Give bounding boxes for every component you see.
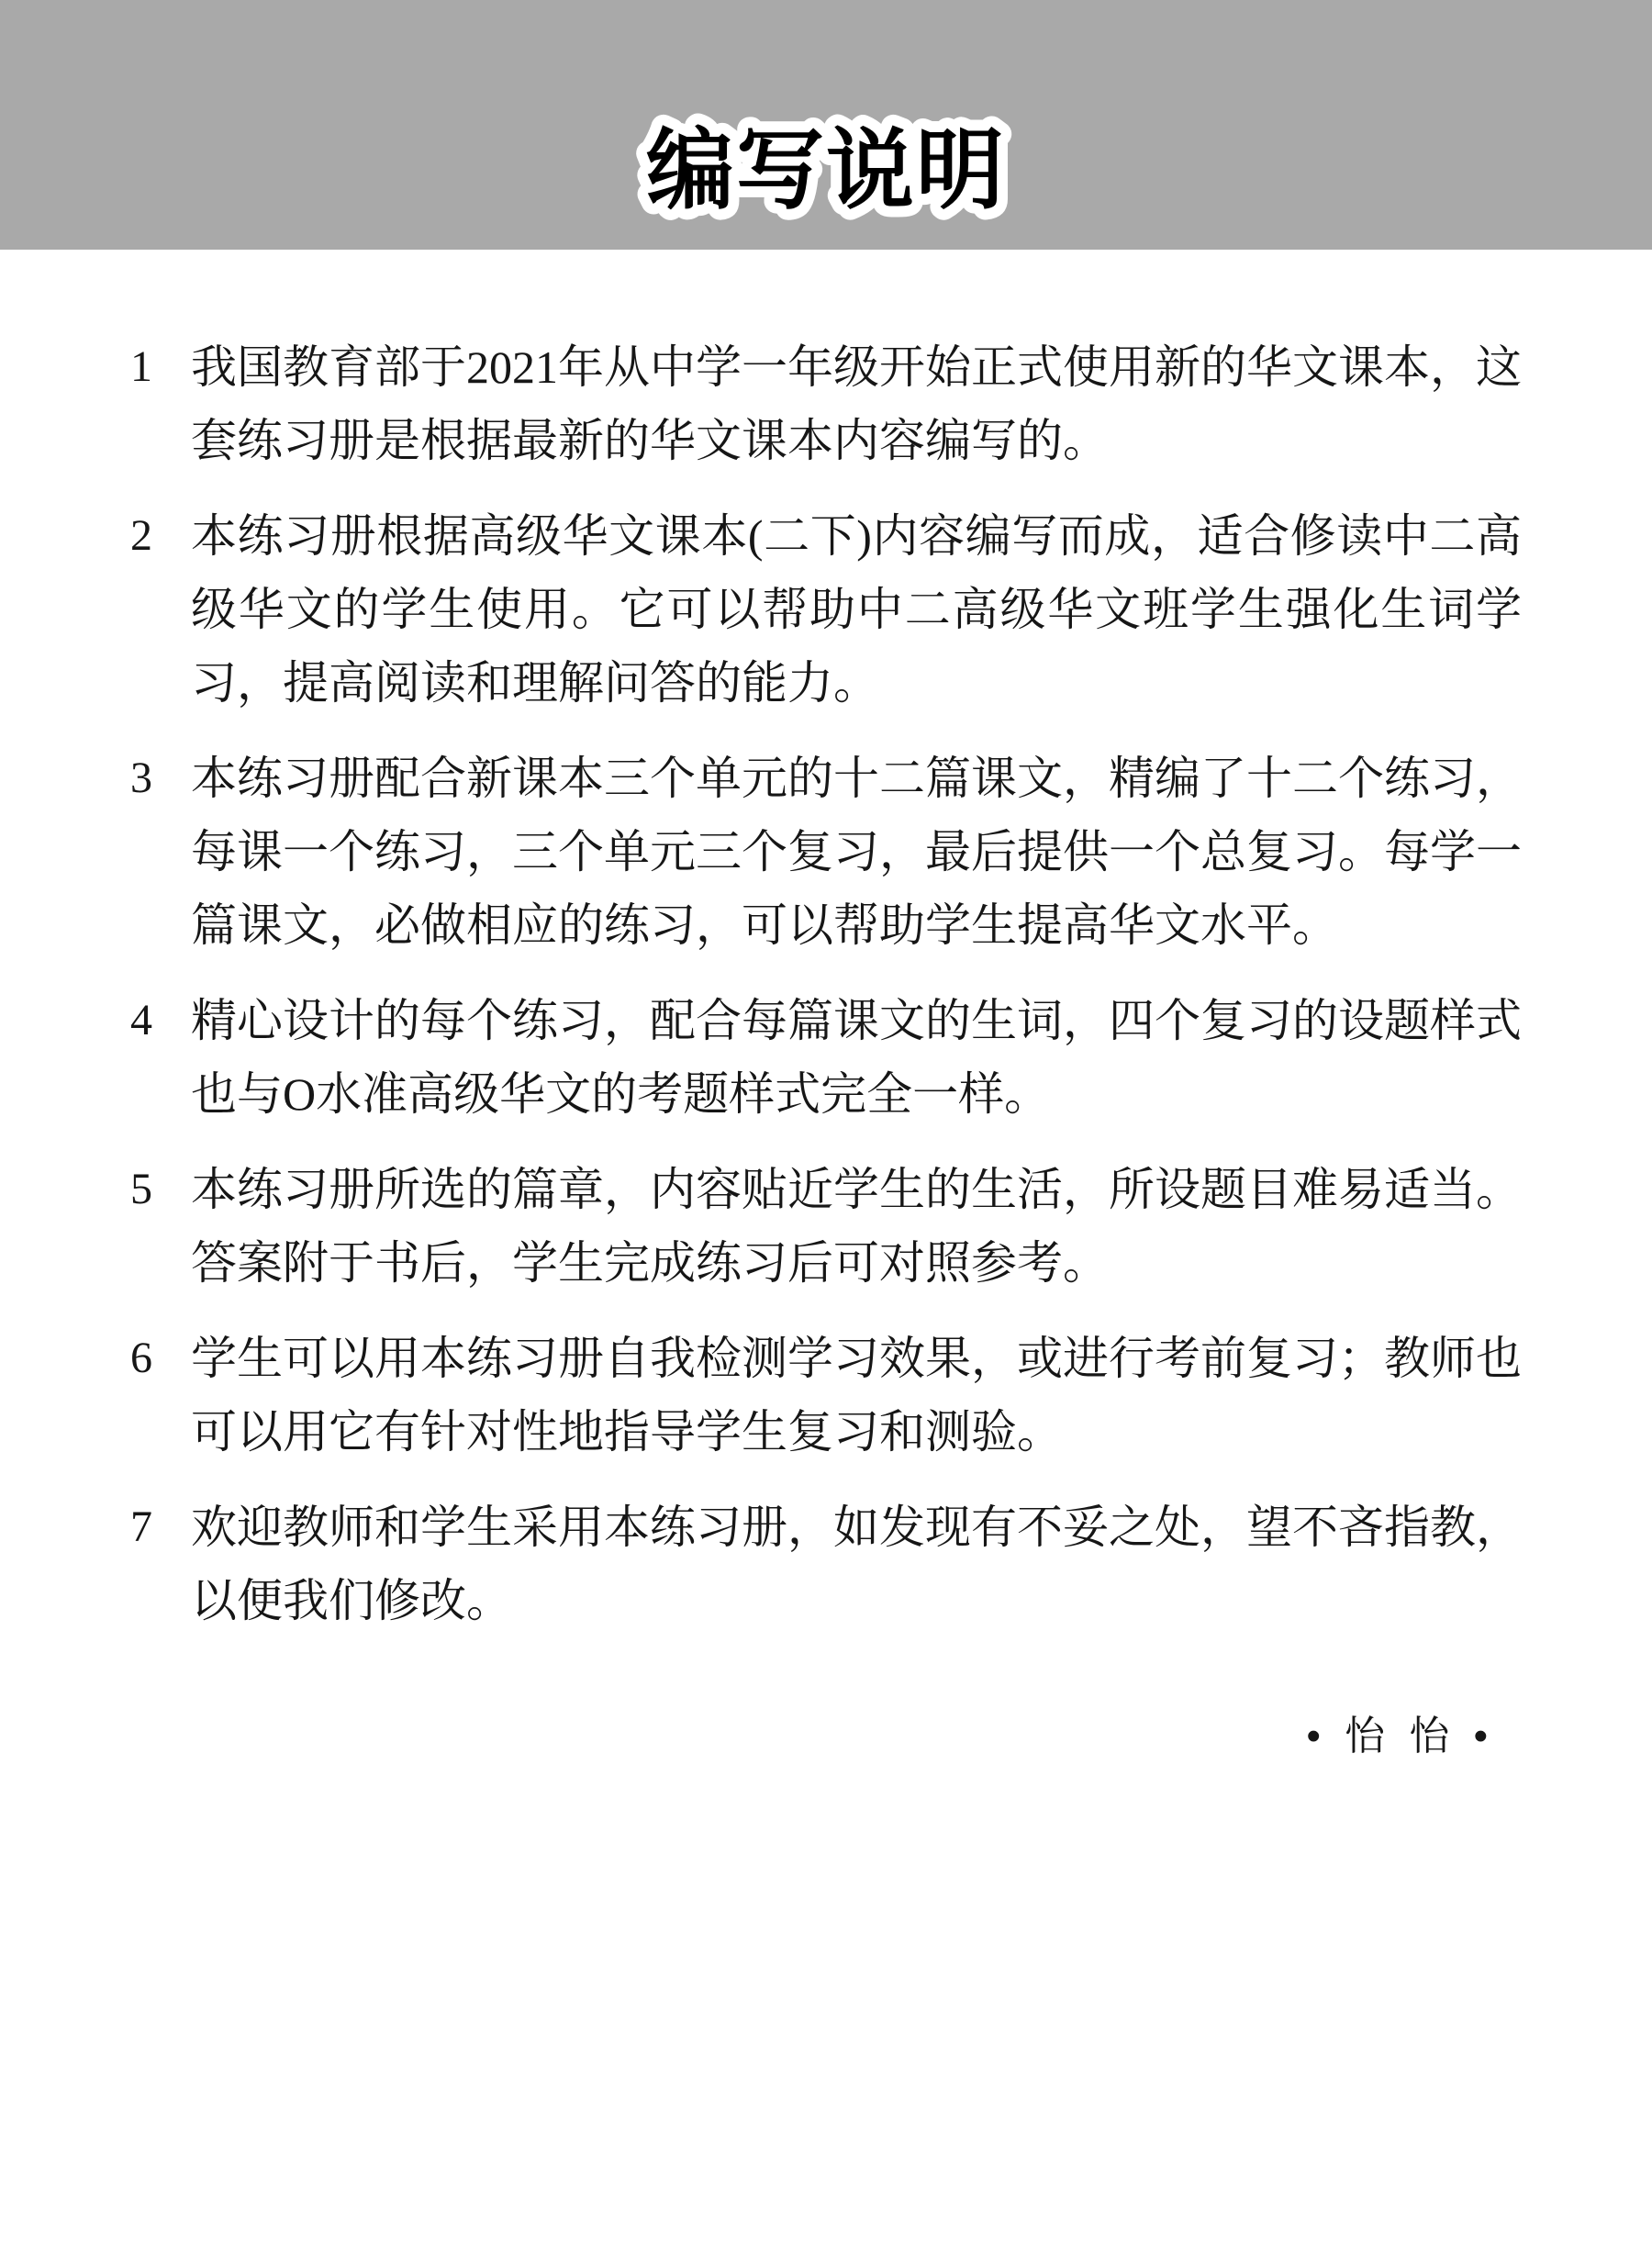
list-item: 2 本练习册根据高级华文课本(二下)内容编写而成，适合修读中二高级华文的学生使用… — [130, 499, 1522, 720]
item-number: 5 — [130, 1153, 191, 1300]
item-text: 本练习册配合新课本三个单元的十二篇课文，精编了十二个练习，每课一个练习，三个单元… — [191, 742, 1522, 962]
list-item: 6 学生可以用本练习册自我检测学习效果，或进行考前复习；教师也可以用它有针对性地… — [130, 1322, 1522, 1469]
item-number: 1 — [130, 330, 191, 477]
item-text: 本练习册所选的篇章，内容贴近学生的生活，所设题目难易适当。答案附于书后，学生完成… — [191, 1153, 1522, 1300]
item-number: 2 — [130, 499, 191, 720]
list-item: 5 本练习册所选的篇章，内容贴近学生的生活，所设题目难易适当。答案附于书后，学生… — [130, 1153, 1522, 1300]
item-number: 7 — [130, 1491, 191, 1637]
item-text: 本练习册根据高级华文课本(二下)内容编写而成，适合修读中二高级华文的学生使用。它… — [191, 499, 1522, 720]
instructions-list: 1 我国教育部于2021年从中学一年级开始正式使用新的华文课本，这套练习册是根据… — [0, 250, 1652, 1637]
item-text: 精心设计的每个练习，配合每篇课文的生词，四个复习的设题样式也与O水准高级华文的考… — [191, 984, 1522, 1131]
page-title-graphic: 编写说明 — [587, 97, 1065, 244]
item-text: 我国教育部于2021年从中学一年级开始正式使用新的华文课本，这套练习册是根据最新… — [191, 330, 1522, 477]
item-number: 3 — [130, 742, 191, 962]
author-signature: • 怡 怡 • — [0, 1711, 1652, 1762]
item-text: 欢迎教师和学生采用本练习册，如发现有不妥之处，望不吝指教，以便我们修改。 — [191, 1491, 1522, 1637]
list-item: 4 精心设计的每个练习，配合每篇课文的生词，四个复习的设题样式也与O水准高级华文… — [130, 984, 1522, 1131]
scanned-book-page: { "header": { "title": "编写说明" }, "colors… — [0, 0, 1652, 2256]
page-title: 编写说明 — [646, 122, 1006, 220]
title-banner: 编写说明 — [0, 0, 1652, 250]
list-item: 7 欢迎教师和学生采用本练习册，如发现有不妥之处，望不吝指教，以便我们修改。 — [130, 1491, 1522, 1637]
list-item: 1 我国教育部于2021年从中学一年级开始正式使用新的华文课本，这套练习册是根据… — [130, 330, 1522, 477]
item-text: 学生可以用本练习册自我检测学习效果，或进行考前复习；教师也可以用它有针对性地指导… — [191, 1322, 1522, 1469]
item-number: 6 — [130, 1322, 191, 1469]
list-item: 3 本练习册配合新课本三个单元的十二篇课文，精编了十二个练习，每课一个练习，三个… — [130, 742, 1522, 962]
item-number: 4 — [130, 984, 191, 1131]
